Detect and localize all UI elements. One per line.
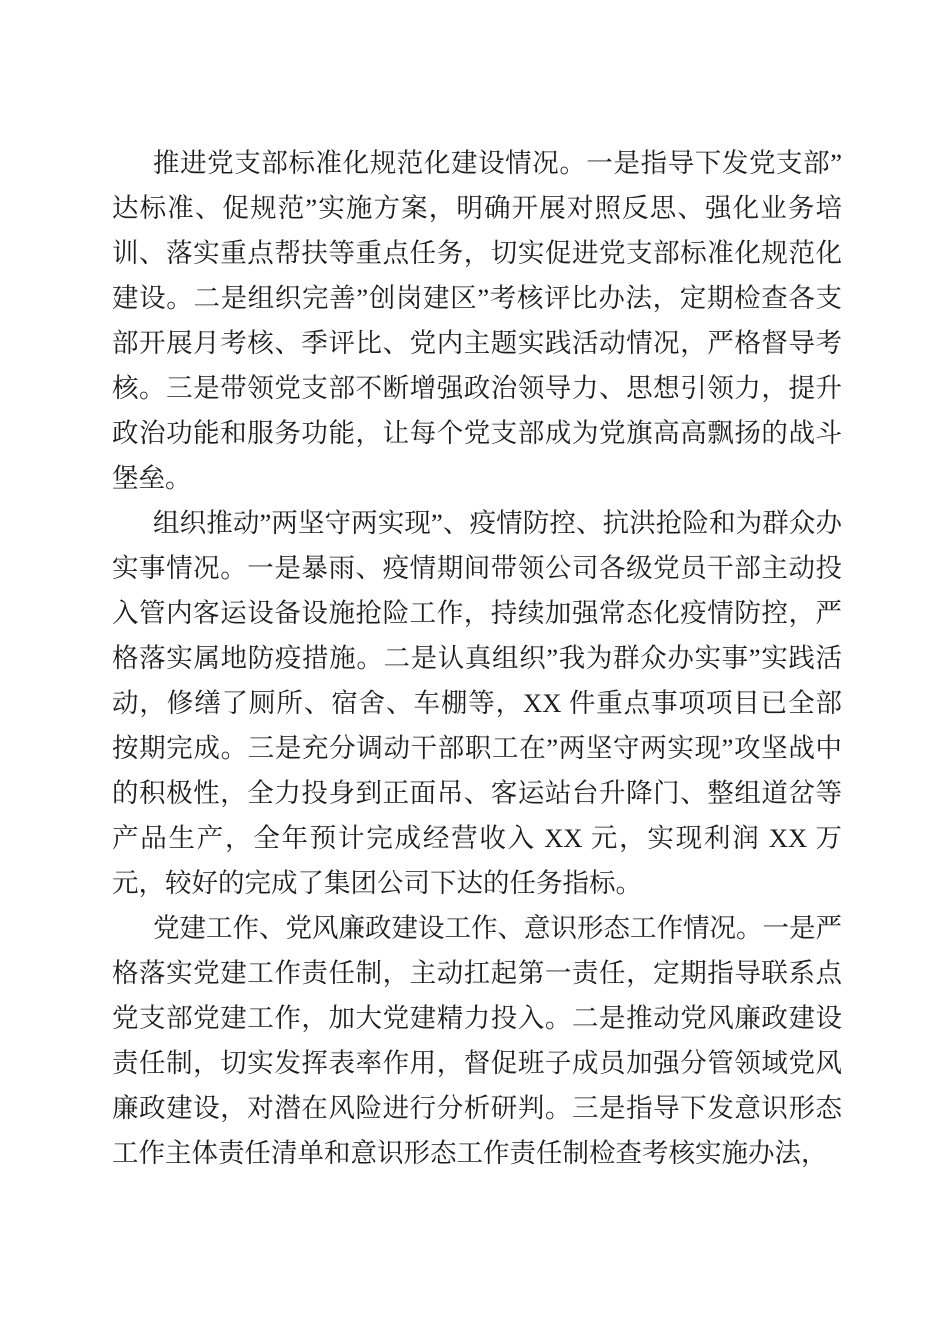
document-page: 推进党支部标准化规范化建设情况。一是指导下发党支部”达标准、促规范”实施方案，明… bbox=[0, 0, 950, 1344]
document-body: 推进党支部标准化规范化建设情况。一是指导下发党支部”达标准、促规范”实施方案，明… bbox=[0, 0, 950, 1176]
paragraph: 党建工作、党风廉政建设工作、意识形态工作情况。一是严格落实党建工作责任制，主动扛… bbox=[112, 906, 842, 1176]
paragraph: 推进党支部标准化规范化建设情况。一是指导下发党支部”达标准、促规范”实施方案，明… bbox=[112, 141, 842, 501]
paragraph: 组织推动”两坚守两实现”、疫情防控、抗洪抢险和为群众办实事情况。一是暴雨、疫情期… bbox=[112, 501, 842, 906]
